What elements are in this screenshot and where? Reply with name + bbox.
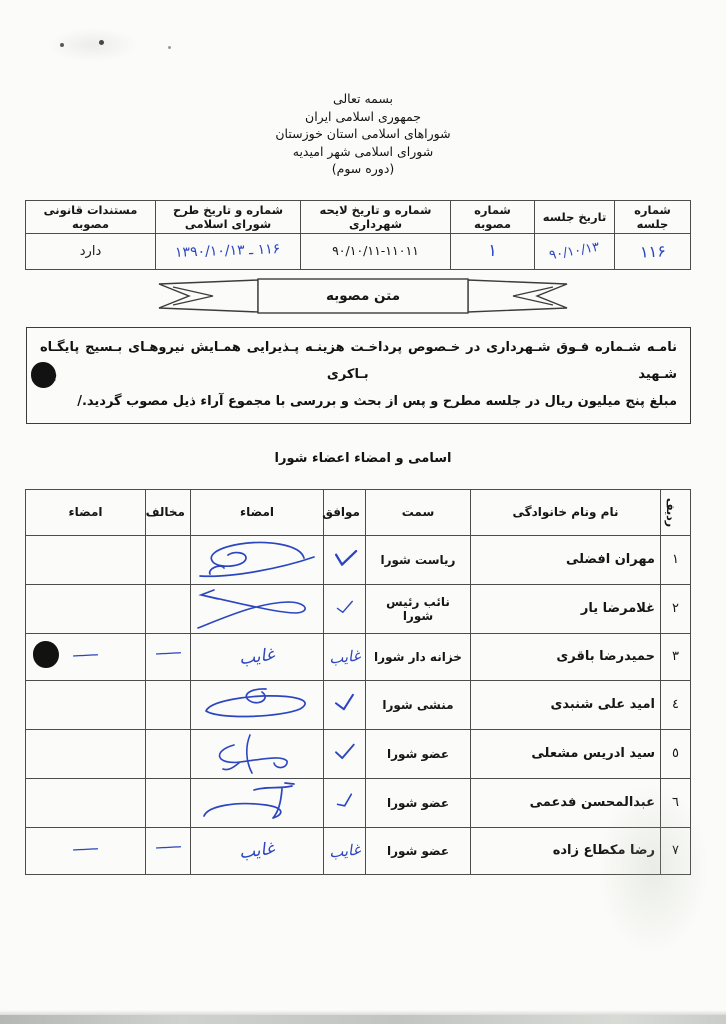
cell-signature-2: [26, 729, 146, 778]
member-row: ٧ رضا مکطاع زاده عضو شورا غایب غایب ــــ…: [26, 827, 691, 874]
cell-signature: [191, 535, 324, 584]
cell-signature: غایب: [191, 827, 324, 874]
cell-member-name: امید علی شنبدی: [471, 680, 661, 729]
col-row-number: ردیف: [661, 489, 691, 535]
cell-session-date: ۹۰/۱۰/۱۳: [535, 233, 615, 269]
handwritten-dash: ــــــ: [73, 644, 98, 659]
province-councils-line: شوراهای اسلامی استان خوزستان: [0, 125, 726, 143]
cell-row-number: ٥: [661, 729, 691, 778]
check-mark-icon: [334, 598, 355, 615]
check-mark-icon: [331, 692, 357, 713]
city-council-line: شورای اسلامی شهر امیدیه: [0, 143, 726, 161]
scan-speck: [60, 43, 64, 47]
info-table: شماره جلسه تاریخ جلسه شماره مصوبه شماره …: [25, 200, 691, 270]
check-mark-icon: [330, 546, 360, 569]
cell-member-role: عضو شورا: [366, 729, 471, 778]
member-row: ٤ امید علی شنبدی منشی شورا: [26, 680, 691, 729]
info-values-row: ۱۱۶ ۹۰/۱۰/۱۳ ۱ ۹۰/۱۰/۱۱-۱۱۰۱۱ ۱۱۶ ـ ۱۳۹۰…: [26, 233, 691, 269]
check-mark-icon: [332, 742, 357, 761]
scan-edge: [0, 1015, 726, 1024]
cell-member-role: خزانه دار شورا: [366, 633, 471, 680]
handwritten-absent: غایب: [238, 838, 276, 863]
cell-row-number: ٢: [661, 584, 691, 633]
cell-plan-number-date: ۱۱۶ ـ ۱۳۹۰/۱۰/۱۳: [156, 233, 301, 269]
cell-signature-2: [26, 584, 146, 633]
banner-title: متن مصوبه: [157, 277, 569, 315]
country-line: جمهوری اسلامی ایران: [0, 108, 726, 126]
handwritten-absent: غایب: [328, 840, 361, 861]
document-header: بسمه تعالی جمهوری اسلامی ایران شوراهای ا…: [0, 90, 726, 178]
signature-scribble: [188, 587, 318, 631]
cell-signature-2: [26, 535, 146, 584]
member-row: ٣ حمیدرضا باقری خزانه دار شورا غایب غایب…: [26, 633, 691, 680]
cell-member-name: سید ادریس مشعلی: [471, 729, 661, 778]
cell-row-number: ٣: [661, 633, 691, 680]
cell-agree-vote: [324, 778, 366, 827]
cell-signature: غایب: [191, 633, 324, 680]
cell-signature-2: [26, 680, 146, 729]
cell-oppose-vote: [146, 535, 191, 584]
cell-agree-vote: [324, 680, 366, 729]
cell-member-name: مهران افضلی: [471, 535, 661, 584]
punch-hole: [31, 362, 56, 388]
cell-resolution-number: ۱: [451, 233, 535, 269]
resolution-text-box: نامـه شـماره فـوق شـهرداری در خـصوص پردا…: [26, 327, 691, 424]
cell-member-role: منشی شورا: [366, 680, 471, 729]
scan-smudge: [598, 784, 708, 954]
signature-scribble: [188, 538, 318, 582]
cell-signature: [191, 729, 324, 778]
cell-signature: [191, 584, 324, 633]
cell-session-number: ۱۱۶: [615, 233, 691, 269]
term-line: (دوره سوم): [0, 160, 726, 178]
resolution-banner: متن مصوبه: [157, 277, 569, 315]
cell-oppose-vote: ــــــ: [146, 827, 191, 874]
members-header-row: ردیف نام ونام خانوادگی سمت موافق امضاء م…: [26, 489, 691, 535]
cell-oppose-vote: [146, 729, 191, 778]
cell-oppose-vote: [146, 680, 191, 729]
col-signature: امضاء: [191, 489, 324, 535]
col-session-number: شماره جلسه: [615, 200, 691, 233]
member-row: ١ مهران افضلی ریاست شورا: [26, 535, 691, 584]
col-signature-2: امضاء: [26, 489, 146, 535]
signature-scribble: [188, 683, 318, 727]
col-legal-docs: مستندات قانونی مصوبه: [26, 200, 156, 233]
handwritten-absent: غایب: [328, 646, 361, 667]
cell-signature: [191, 778, 324, 827]
cell-signature-2: [26, 778, 146, 827]
handwritten-dash: ــــــ: [73, 838, 98, 853]
scanned-document-page: بسمه تعالی جمهوری اسلامی ایران شوراهای ا…: [0, 0, 726, 1024]
cell-agree-vote: [324, 584, 366, 633]
handwritten-session-number: ۱۱۶: [639, 241, 666, 261]
col-bill-number-date: شماره و تاریخ لایحه شهرداری: [301, 200, 451, 233]
handwritten-session-date: ۹۰/۱۰/۱۳: [548, 239, 600, 263]
col-full-name: نام ونام خانوادگی: [471, 489, 661, 535]
members-section-title: اسامی و امضاء اعضاء شورا: [0, 451, 726, 466]
col-agree: موافق: [324, 489, 366, 535]
bill-number-date: ۹۰/۱۰/۱۱-۱۱۰۱۱: [332, 243, 419, 258]
handwritten-dash: ــــــ: [155, 642, 180, 657]
cell-row-number: ١: [661, 535, 691, 584]
resolution-line-2: مبلغ پنج میلیون ریال در جلسه مطرح و پس ا…: [40, 388, 677, 415]
cell-signature: [191, 680, 324, 729]
cell-legal-docs: دارد: [26, 233, 156, 269]
resolution-line-1: نامـه شـماره فـوق شـهرداری در خـصوص پردا…: [40, 334, 677, 388]
cell-oppose-vote: [146, 584, 191, 633]
member-row: ٢ غلامرضا یار نائب رئیس شورا: [26, 584, 691, 633]
cell-member-role: نائب رئیس شورا: [366, 584, 471, 633]
member-row: ٦ عبدالمحسن فدعمی عضو شورا: [26, 778, 691, 827]
cell-member-name: غلامرضا یار: [471, 584, 661, 633]
cell-agree-vote: غایب: [324, 633, 366, 680]
col-resolution-number: شماره مصوبه: [451, 200, 535, 233]
punch-hole: [33, 641, 59, 668]
handwritten-resolution-number: ۱: [487, 241, 498, 262]
cell-oppose-vote: ــــــ: [146, 633, 191, 680]
handwritten-absent: غایب: [238, 644, 276, 669]
scan-speck: [99, 40, 104, 45]
handwritten-dash: ــــــ: [155, 836, 180, 851]
cell-bill-number-date: ۹۰/۱۰/۱۱-۱۱۰۱۱: [301, 233, 451, 269]
col-position: سمت: [366, 489, 471, 535]
cell-agree-vote: [324, 729, 366, 778]
cell-oppose-vote: [146, 778, 191, 827]
cell-signature-2: ــــــ: [26, 827, 146, 874]
cell-member-role: ریاست شورا: [366, 535, 471, 584]
handwritten-plan-number-date: ۱۱۶ ـ ۱۳۹۰/۱۰/۱۳: [175, 241, 281, 261]
col-plan-number-date: شماره و تاریخ طرح شورای اسلامی: [156, 200, 301, 233]
info-header-row: شماره جلسه تاریخ جلسه شماره مصوبه شماره …: [26, 200, 691, 233]
cell-member-role: عضو شورا: [366, 778, 471, 827]
member-row: ٥ سید ادریس مشعلی عضو شورا: [26, 729, 691, 778]
signature-scribble: [188, 781, 318, 825]
col-session-date: تاریخ جلسه: [535, 200, 615, 233]
col-oppose: مخالف: [146, 489, 191, 535]
signature-scribble: [188, 732, 318, 776]
cell-agree-vote: غایب: [324, 827, 366, 874]
cell-member-role: عضو شورا: [366, 827, 471, 874]
check-mark-icon: [332, 789, 358, 811]
scan-speck: [168, 46, 171, 49]
cell-row-number: ٤: [661, 680, 691, 729]
cell-agree-vote: [324, 535, 366, 584]
cell-member-name: حمیدرضا باقری: [471, 633, 661, 680]
members-table: ردیف نام ونام خانوادگی سمت موافق امضاء م…: [25, 489, 691, 875]
basmala: بسمه تعالی: [0, 90, 726, 108]
row-number-label: ردیف: [664, 498, 677, 527]
